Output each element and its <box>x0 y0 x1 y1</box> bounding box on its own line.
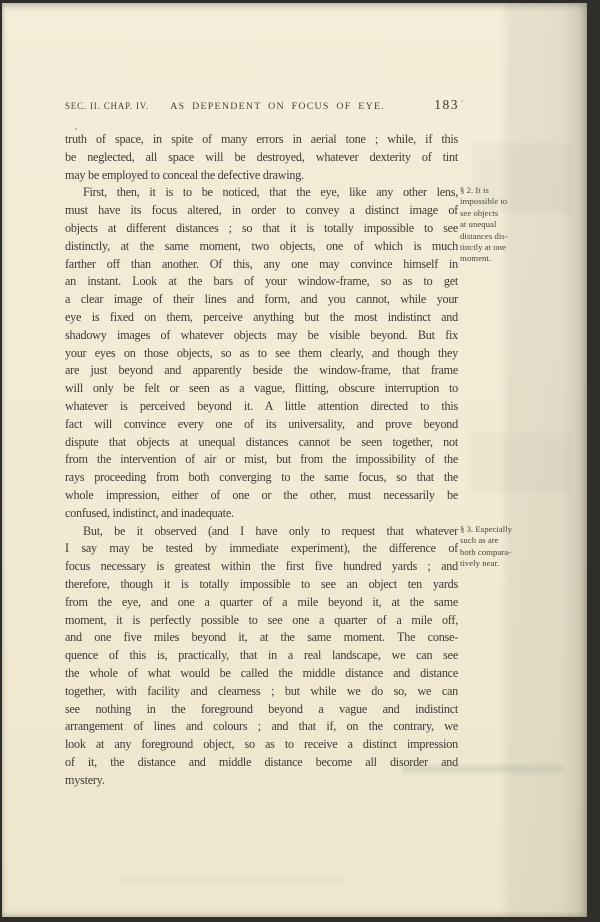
text-line: be neglected, all space will be destroye… <box>65 149 458 167</box>
header-page-number: 183 <box>434 97 459 113</box>
text-line: arrangement of lines and colours ; and t… <box>65 718 458 736</box>
text-line: will only be felt or seen as a vague, fl… <box>65 380 458 398</box>
header-section-label: SEC. II. CHAP. IV. <box>65 101 149 111</box>
text-line: mystery. <box>65 772 458 790</box>
ink-speck <box>461 100 463 102</box>
text-line: moment, it is perfectly possible to see … <box>65 612 458 630</box>
text-line: look at any foreground object, so as to … <box>65 736 458 754</box>
text-line: But, be it observed (and I have only to … <box>65 523 458 541</box>
text-line: rays proceeding from both converging to … <box>65 469 458 487</box>
text-line: your eyes on those objects, so as to see… <box>65 345 458 363</box>
text-block: truth of space, in spite of many errors … <box>65 131 458 789</box>
text-line: farther off than another. Of this, any o… <box>65 256 458 274</box>
text-line: from the intervention of air or mist, bu… <box>65 451 458 469</box>
text-line: a clear image of their lines and form, a… <box>65 291 458 309</box>
header-running-title: AS DEPENDENT ON FOCUS OF EYE. <box>170 101 385 112</box>
text-line: together, with facility and clearness ; … <box>65 683 458 701</box>
show-through-smudge <box>122 878 342 884</box>
text-line: the whole of what would be called the mi… <box>65 665 458 683</box>
ink-speck <box>75 128 77 130</box>
text-line: of it, the distance and middle distance … <box>65 754 458 772</box>
text-line: must have its focus altered, in order to… <box>65 202 458 220</box>
text-line: First, then, it is to be noticed, that t… <box>65 184 458 202</box>
text-line: whatever is perceived beyond it. A littl… <box>65 398 458 416</box>
sidenote-paragraph-2: § 2. It is impossible to see objects at … <box>460 185 550 265</box>
text-line: from the eye, and one a quarter of a mil… <box>65 594 458 612</box>
sidenote-paragraph-3: § 3. Especially such as are both compara… <box>460 524 550 570</box>
text-line: truth of space, in spite of many errors … <box>65 131 458 149</box>
page: SEC. II. CHAP. IV. AS DEPENDENT ON FOCUS… <box>2 3 587 917</box>
text-line: focus necessary is greatest within the f… <box>65 558 458 576</box>
page-header: SEC. II. CHAP. IV. AS DEPENDENT ON FOCUS… <box>65 97 459 114</box>
text-line: objects at different distances ; so that… <box>65 220 458 238</box>
text-line: are just beyond and apparently beside th… <box>65 362 458 380</box>
text-line: see nothing in the foreground beyond a v… <box>65 701 458 719</box>
text-line: dispute that objects at unequal distance… <box>65 434 458 452</box>
text-line: shadowy images of whatever objects may b… <box>65 327 458 345</box>
show-through-smudge <box>470 433 570 493</box>
text-line: fact will convince every one of its univ… <box>65 416 458 434</box>
text-line: quence of this is, practically, that in … <box>65 647 458 665</box>
text-line: distinctly, at the same moment, two obje… <box>65 238 458 256</box>
text-line: confused, indistinct, and inadequate. <box>65 505 458 523</box>
text-line: and one five miles beyond it, at the sam… <box>65 629 458 647</box>
scan-frame: SEC. II. CHAP. IV. AS DEPENDENT ON FOCUS… <box>0 0 600 922</box>
text-line: I say may be tested by immediate experim… <box>65 540 458 558</box>
text-line: eye is fixed on them, perceive anything … <box>65 309 458 327</box>
text-line: therefore, though it is totally impossib… <box>65 576 458 594</box>
text-line: whole impression, either of one or the o… <box>65 487 458 505</box>
text-line: an instant. Look at the bars of your win… <box>65 273 458 291</box>
text-line: may be employed to conceal the defective… <box>65 167 458 185</box>
